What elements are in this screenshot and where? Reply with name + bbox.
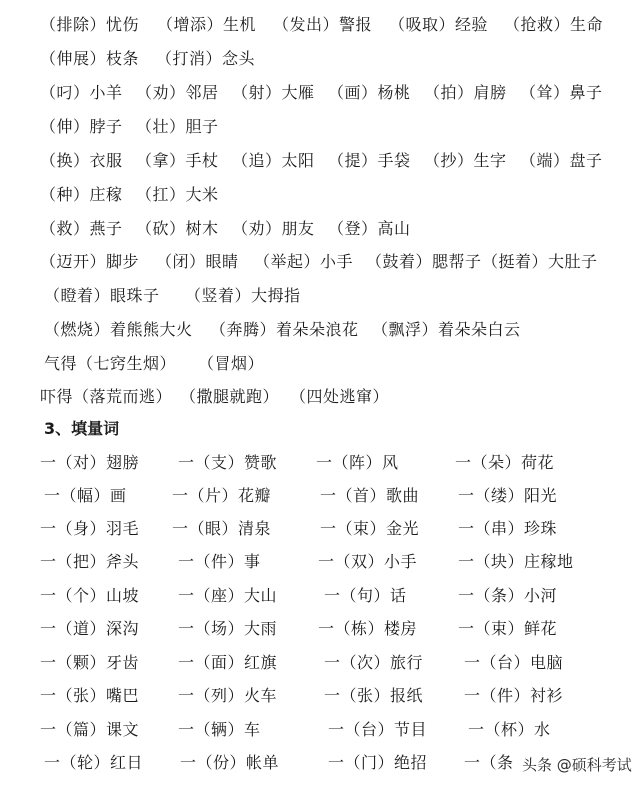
measure-word-item: 一（眼）清泉 <box>172 514 271 544</box>
measure-word-item: 一（朵）荷花 <box>455 448 554 478</box>
measure-word-item: 一（台）电脑 <box>464 648 563 678</box>
phrase: （劝）邻居 <box>136 78 219 108</box>
phrase: 吓得（落荒而逃） <box>40 382 172 412</box>
measure-word-item: 一（杯）水 <box>468 715 551 745</box>
measure-word-item: 一（块）庄稼地 <box>458 547 574 577</box>
measure-word-item: 一（颗）牙齿 <box>40 648 139 678</box>
measure-word-item: 一（把）斧头 <box>40 547 139 577</box>
measure-word-item: 一（身）羽毛 <box>40 514 139 544</box>
measure-word-item: 一（幅）画 <box>44 481 127 511</box>
measure-word-item: 一（个）山坡 <box>40 581 139 611</box>
phrase: （鼓着）腮帮子 <box>366 247 482 277</box>
phrase: （吸取）经验 <box>389 10 488 40</box>
phrase: （竖着）大拇指 <box>185 281 301 311</box>
measure-word-item: 一（条 <box>464 748 514 778</box>
measure-word-item: 一（件）衬衫 <box>464 681 563 711</box>
measure-word-item: 一（场）大雨 <box>178 614 277 644</box>
phrase: （提）手袋 <box>328 146 411 176</box>
phrase: （迈开）脚步 <box>40 247 139 277</box>
measure-word-item: 一（辆）车 <box>178 715 261 745</box>
phrase: （抄）生字 <box>424 146 507 176</box>
measure-word-item: 一（首）歌曲 <box>320 481 419 511</box>
phrase: （拿）手杖 <box>136 146 219 176</box>
measure-word-item: 一（张）报纸 <box>324 681 423 711</box>
watermark: 头条 @硕科考试 <box>520 752 632 778</box>
phrase: （冒烟） <box>198 349 264 379</box>
phrase: （追）太阳 <box>232 146 315 176</box>
measure-word-item: 一（次）旅行 <box>324 648 423 678</box>
measure-word-item: 一（栋）楼房 <box>318 614 417 644</box>
measure-word-item: 一（轮）红日 <box>44 748 143 778</box>
phrase: （飘浮）着朵朵白云 <box>372 315 521 345</box>
phrase: （画）杨桃 <box>328 78 411 108</box>
measure-word-item: 一（片）花瓣 <box>172 481 271 511</box>
measure-word-item: 一（条）小河 <box>458 581 557 611</box>
phrase: （打消）念头 <box>156 44 255 74</box>
measure-word-item: 一（道）深沟 <box>40 614 139 644</box>
phrase: （劝）朋友 <box>232 214 315 244</box>
phrase: （耸）鼻子 <box>520 78 603 108</box>
phrase: （伸）脖子 <box>40 112 123 142</box>
phrase: （扛）大米 <box>136 180 219 210</box>
measure-word-item: 一（列）火车 <box>178 681 277 711</box>
measure-word-item: 一（台）节目 <box>328 715 427 745</box>
phrase: （举起）小手 <box>254 247 353 277</box>
phrase: （伸展）枝条 <box>40 44 139 74</box>
measure-word-item: 一（张）嘴巴 <box>40 681 139 711</box>
measure-word-item: 一（缕）阳光 <box>458 481 557 511</box>
phrase: （增添）生机 <box>157 10 256 40</box>
measure-word-item: 一（束）金光 <box>320 514 419 544</box>
phrase: （抢救）生命 <box>504 10 603 40</box>
measure-word-item: 一（件）事 <box>178 547 261 577</box>
measure-word-item: 一（篇）课文 <box>40 715 139 745</box>
phrase: （奔腾）着朵朵浪花 <box>210 315 359 345</box>
phrase: （端）盘子 <box>520 146 603 176</box>
phrase: （登）高山 <box>328 214 411 244</box>
phrase: （叼）小羊 <box>40 78 123 108</box>
measure-word-item: 一（对）翅膀 <box>40 448 139 478</box>
phrase: （种）庄稼 <box>40 180 123 210</box>
measure-word-item: 一（份）帐单 <box>180 748 279 778</box>
phrase: （排除）忧伤 <box>40 10 139 40</box>
phrase: （挺着）大肚子 <box>482 247 598 277</box>
phrase: 气得（七窍生烟） <box>44 349 176 379</box>
section-heading: 3、填量词 <box>44 414 119 444</box>
phrase: （闭）眼睛 <box>156 247 239 277</box>
measure-word-item: 一（束）鲜花 <box>458 614 557 644</box>
phrase: （拍）肩膀 <box>424 78 507 108</box>
phrase: （砍）树木 <box>136 214 219 244</box>
phrase: （换）衣服 <box>40 146 123 176</box>
phrase: （燃烧）着熊熊大火 <box>44 315 193 345</box>
measure-word-item: 一（阵）风 <box>316 448 399 478</box>
measure-word-item: 一（双）小手 <box>318 547 417 577</box>
measure-word-item: 一（面）红旗 <box>178 648 277 678</box>
measure-word-item: 一（串）珍珠 <box>458 514 557 544</box>
phrase: （射）大雁 <box>232 78 315 108</box>
phrase: （救）燕子 <box>40 214 123 244</box>
phrase: （四处逃窜） <box>290 382 389 412</box>
measure-word-item: 一（句）话 <box>324 581 407 611</box>
measure-word-item: 一（座）大山 <box>178 581 277 611</box>
phrase: （发出）警报 <box>273 10 372 40</box>
measure-word-item: 一（门）绝招 <box>328 748 427 778</box>
document-page: （排除）忧伤 （增添）生机 （发出）警报 （吸取）经验 （抢救）生命 （伸展）枝… <box>0 0 640 786</box>
phrase: （瞪着）眼珠子 <box>44 281 160 311</box>
phrase: （壮）胆子 <box>136 112 219 142</box>
measure-word-item: 一（支）赞歌 <box>178 448 277 478</box>
phrase: （撒腿就跑） <box>180 382 279 412</box>
